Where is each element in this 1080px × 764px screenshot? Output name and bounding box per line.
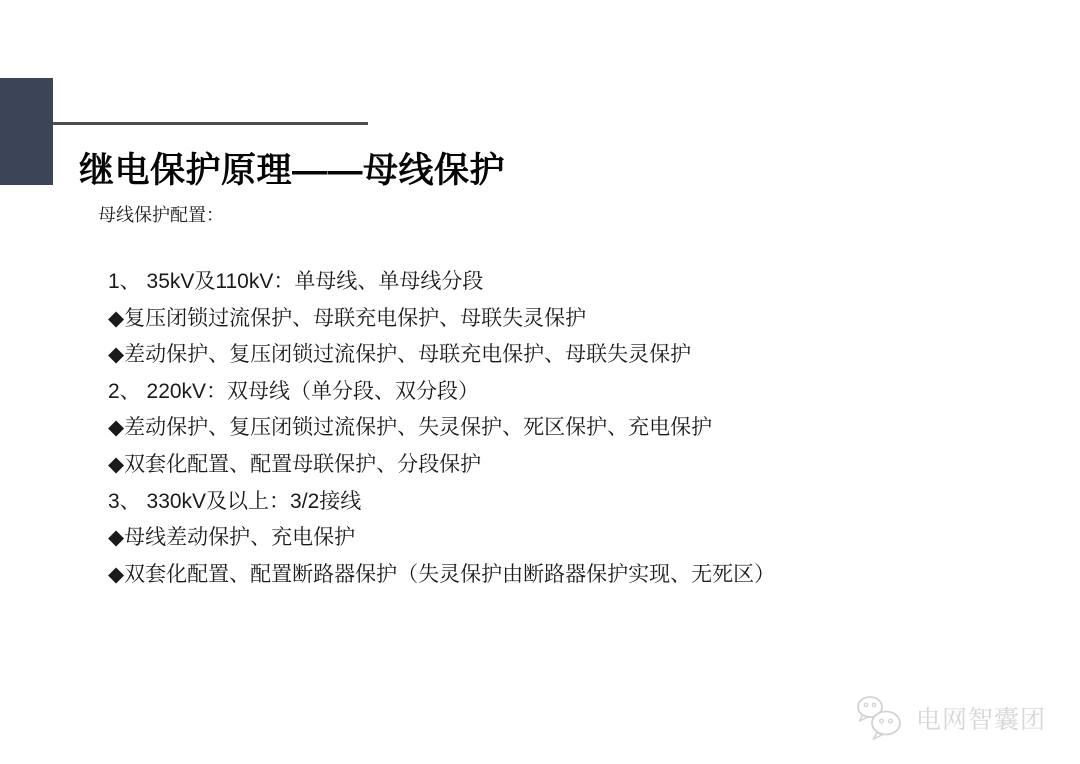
body-list: 1、 35kV及110kV：单母线、单母线分段 ◆复压闭锁过流保护、母联充电保护… — [108, 264, 775, 593]
list-item: 1、 35kV及110kV：单母线、单母线分段 — [108, 264, 775, 301]
title-rule — [53, 122, 368, 125]
list-item: ◆双套化配置、配置母联保护、分段保护 — [108, 447, 775, 484]
list-item: ◆双套化配置、配置断路器保护（失灵保护由断路器保护实现、无死区） — [108, 557, 775, 594]
list-item: ◆复压闭锁过流保护、母联充电保护、母联失灵保护 — [108, 301, 775, 338]
watermark: 电网智囊团 — [856, 694, 1046, 742]
list-item: 2、 220kV：双母线（单分段、双分段） — [108, 374, 775, 411]
page-title: 继电保护原理——母线保护 — [79, 152, 505, 191]
intro-text: 母线保护配置： — [98, 205, 224, 227]
watermark-text: 电网智囊团 — [916, 700, 1046, 736]
list-item: 3、 330kV及以上：3/2接线 — [108, 484, 775, 521]
slide: 继电保护原理——母线保护 母线保护配置： 1、 35kV及110kV：单母线、单… — [0, 0, 1080, 764]
list-item: ◆差动保护、复压闭锁过流保护、母联充电保护、母联失灵保护 — [108, 337, 775, 374]
list-item: ◆母线差动保护、充电保护 — [108, 520, 775, 557]
wechat-icon — [856, 694, 904, 742]
corner-accent-block — [0, 78, 53, 185]
list-item: ◆差动保护、复压闭锁过流保护、失灵保护、死区保护、充电保护 — [108, 410, 775, 447]
